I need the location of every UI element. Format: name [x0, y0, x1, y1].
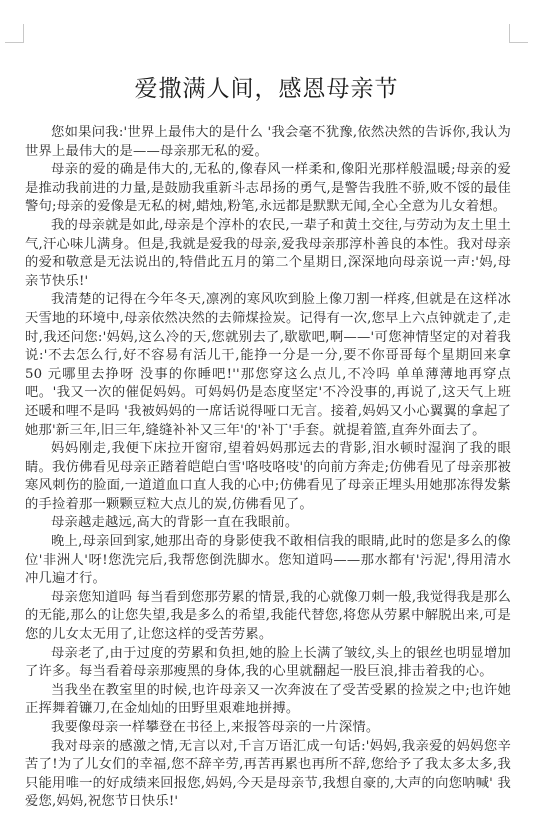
paragraph: 我的母亲就是如此,母亲是个淳朴的农民,一辈子和黄土交往,与劳动为友土里土气,汗心…	[25, 217, 511, 291]
paragraph: 晚上,母亲回到家,她那出奇的身影使我不敢相信我的眼睛,此时的您是多么的像位'非洲…	[25, 533, 511, 589]
page-corner-mark-top-right	[509, 24, 528, 43]
paragraph: 我要像母亲一样攀登在书径上,来报答母亲的一片深情。	[25, 719, 511, 738]
paragraph: 母亲您知道吗 每当看到您那劳累的情景,我的心就像刀刺一般,我觉得我是那么的无能,…	[25, 589, 511, 645]
document-body: 您如果问我:'世界上最伟大的是什么 '我会毫不犹豫,依然决然的告诉你,我认为世界…	[25, 124, 511, 812]
paragraph: 我清楚的记得在今年冬天,凛冽的寒风吹到脸上像刀割一样疼,但就是在这样冰天雪地的环…	[25, 291, 511, 440]
paragraph: 母亲老了,由于过度的劳累和负担,她的脸上长满了皱纹,头上的银丝也明显增加了许多。…	[25, 645, 511, 682]
paragraph: 您如果问我:'世界上最伟大的是什么 '我会毫不犹豫,依然决然的告诉你,我认为世界…	[25, 124, 511, 161]
paragraph: 我对母亲的感激之情,无言以对,千言万语汇成一句话:'妈妈,我亲爱的妈妈您辛苦了!…	[25, 738, 511, 812]
paragraph: 母亲越走越远,高大的背影一直在我眼前。	[25, 514, 511, 533]
paragraph: 当我坐在教室里的时候,也许母亲又一次奔波在了受苦受累的捡炭之中;也许她正挥舞着镰…	[25, 682, 511, 719]
page-corner-mark-top-left	[5, 24, 24, 43]
page-title: 爱撒满人间，感恩母亲节	[0, 70, 533, 103]
paragraph: 妈妈刚走,我便下床拉开窗帘,望着妈妈那远去的背影,泪水顿时湿润了我的眼睛。我仿佛…	[25, 440, 511, 514]
paragraph: 母亲的爱的确是伟大的,无私的,像春风一样柔和,像阳光那样般温暖;母亲的爱是推动我…	[25, 161, 511, 217]
